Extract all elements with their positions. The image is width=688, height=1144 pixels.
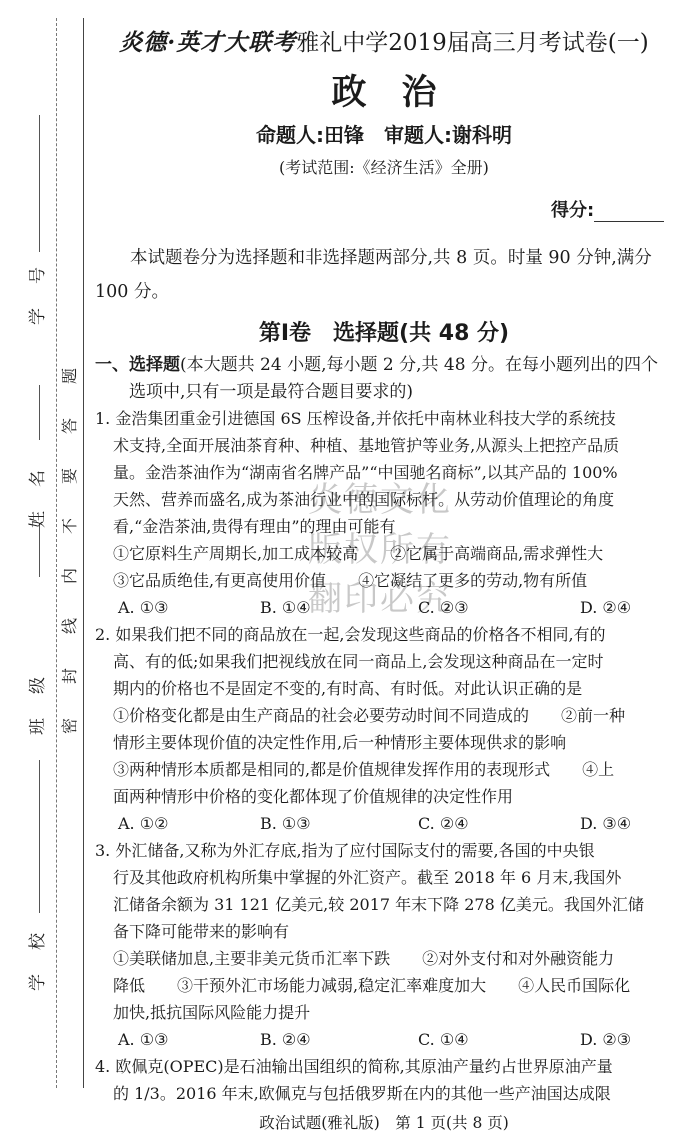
option-a: A. ①② <box>118 810 260 837</box>
subject-title: 政 治 <box>95 65 673 115</box>
question-3: 3. 外汇储备,又称为外汇存底,指为了应付国际支付的需要,各国的中央银 行及其他… <box>95 837 677 1053</box>
question-2-text: 2. 如果我们把不同的商品放在一起,会发现这些商品的价格各不相同,有的 高、有的… <box>95 621 677 810</box>
question-1-options: A. ①③ B. ①④ C. ②③ D. ②④ <box>95 594 677 621</box>
question-3-text: 3. 外汇储备,又称为外汇存底,指为了应付国际支付的需要,各国的中央银 行及其他… <box>95 837 677 1026</box>
multiple-choice-instruction: 一、选择题(本大题共 24 小题,每小题 2 分,共 48 分。在每小题列出的四… <box>95 352 683 406</box>
question-1: 1. 金浩集团重金引进德国 6S 压榨设备,并依托中南林业科技大学的系统技 术支… <box>95 405 677 621</box>
field-label-school: 学校 <box>28 905 48 995</box>
option-c: C. ②④ <box>418 810 580 837</box>
question-2: 2. 如果我们把不同的商品放在一起,会发现这些商品的价格各不相同,有的 高、有的… <box>95 621 677 837</box>
school-blank-line <box>39 760 40 913</box>
score-blank-line <box>594 203 664 222</box>
option-b: B. ①③ <box>260 810 418 837</box>
exam-paper-page: 学号 姓名 班级 学校 密封线内不要答题 炎德文化 版权所有 翻印必究 炎德·英… <box>0 0 688 1144</box>
setters-line: 命题人:田锋 审题人:谢科明 <box>95 119 673 148</box>
seal-instruction-text: 密封线内不要答题 <box>60 329 80 739</box>
seal-dashed-line <box>56 18 57 1088</box>
student-id-blank-line <box>39 115 40 252</box>
score-field: 得分: <box>551 196 664 222</box>
exam-title: 雅礼中学2019届高三月考试卷(一) <box>296 30 648 56</box>
option-d: D. ②④ <box>580 594 631 621</box>
field-label-name: 姓名 <box>28 442 48 532</box>
field-label-class: 班级 <box>28 649 48 739</box>
brand-logo-text: 炎德·英才大联考 <box>119 29 296 56</box>
option-c: C. ②③ <box>418 594 580 621</box>
exam-scope-note: (考试范围:《经济生活》全册) <box>95 155 673 178</box>
section-1-title: 第Ⅰ卷 选择题(共 48 分) <box>95 316 673 347</box>
exam-intro-paragraph: 本试题卷分为选择题和非选择题两部分,共 8 页。时量 90 分钟,满分 100 … <box>95 241 683 309</box>
option-b: B. ①④ <box>260 594 418 621</box>
option-a: A. ①③ <box>118 1026 260 1053</box>
option-d: D. ②③ <box>580 1026 631 1053</box>
question-4-text: 4. 欧佩克(OPEC)是石油输出国组织的简称,其原油产量约占世界原油产量 的 … <box>95 1053 677 1107</box>
page-footer: 政治试题(雅礼版) 第 1 页(共 8 页) <box>95 1111 673 1133</box>
option-a: A. ①③ <box>118 594 260 621</box>
score-label: 得分: <box>551 200 594 221</box>
question-4: 4. 欧佩克(OPEC)是石油输出国组织的简称,其原油产量约占世界原油产量 的 … <box>95 1053 677 1107</box>
question-list: 1. 金浩集团重金引进德国 6S 压榨设备,并依托中南林业科技大学的系统技 术支… <box>95 405 677 1107</box>
option-d: D. ③④ <box>580 810 631 837</box>
question-1-text: 1. 金浩集团重金引进德国 6S 压榨设备,并依托中南林业科技大学的系统技 术支… <box>95 405 677 594</box>
option-b: B. ②④ <box>260 1026 418 1053</box>
exam-header-line: 炎德·英才大联考雅礼中学2019届高三月考试卷(一) <box>95 24 673 57</box>
name-blank-line <box>39 385 40 440</box>
margin-border-line <box>83 18 84 1088</box>
instruction-body: (本大题共 24 小题,每小题 2 分,共 48 分。在每小题列出的四个 选项中… <box>95 355 658 402</box>
question-2-options: A. ①② B. ①③ C. ②④ D. ③④ <box>95 810 677 837</box>
question-3-options: A. ①③ B. ②④ C. ①④ D. ②③ <box>95 1026 677 1053</box>
instruction-heading: 一、选择题 <box>95 355 180 375</box>
option-c: C. ①④ <box>418 1026 580 1053</box>
field-label-student-id: 学号 <box>28 239 48 329</box>
